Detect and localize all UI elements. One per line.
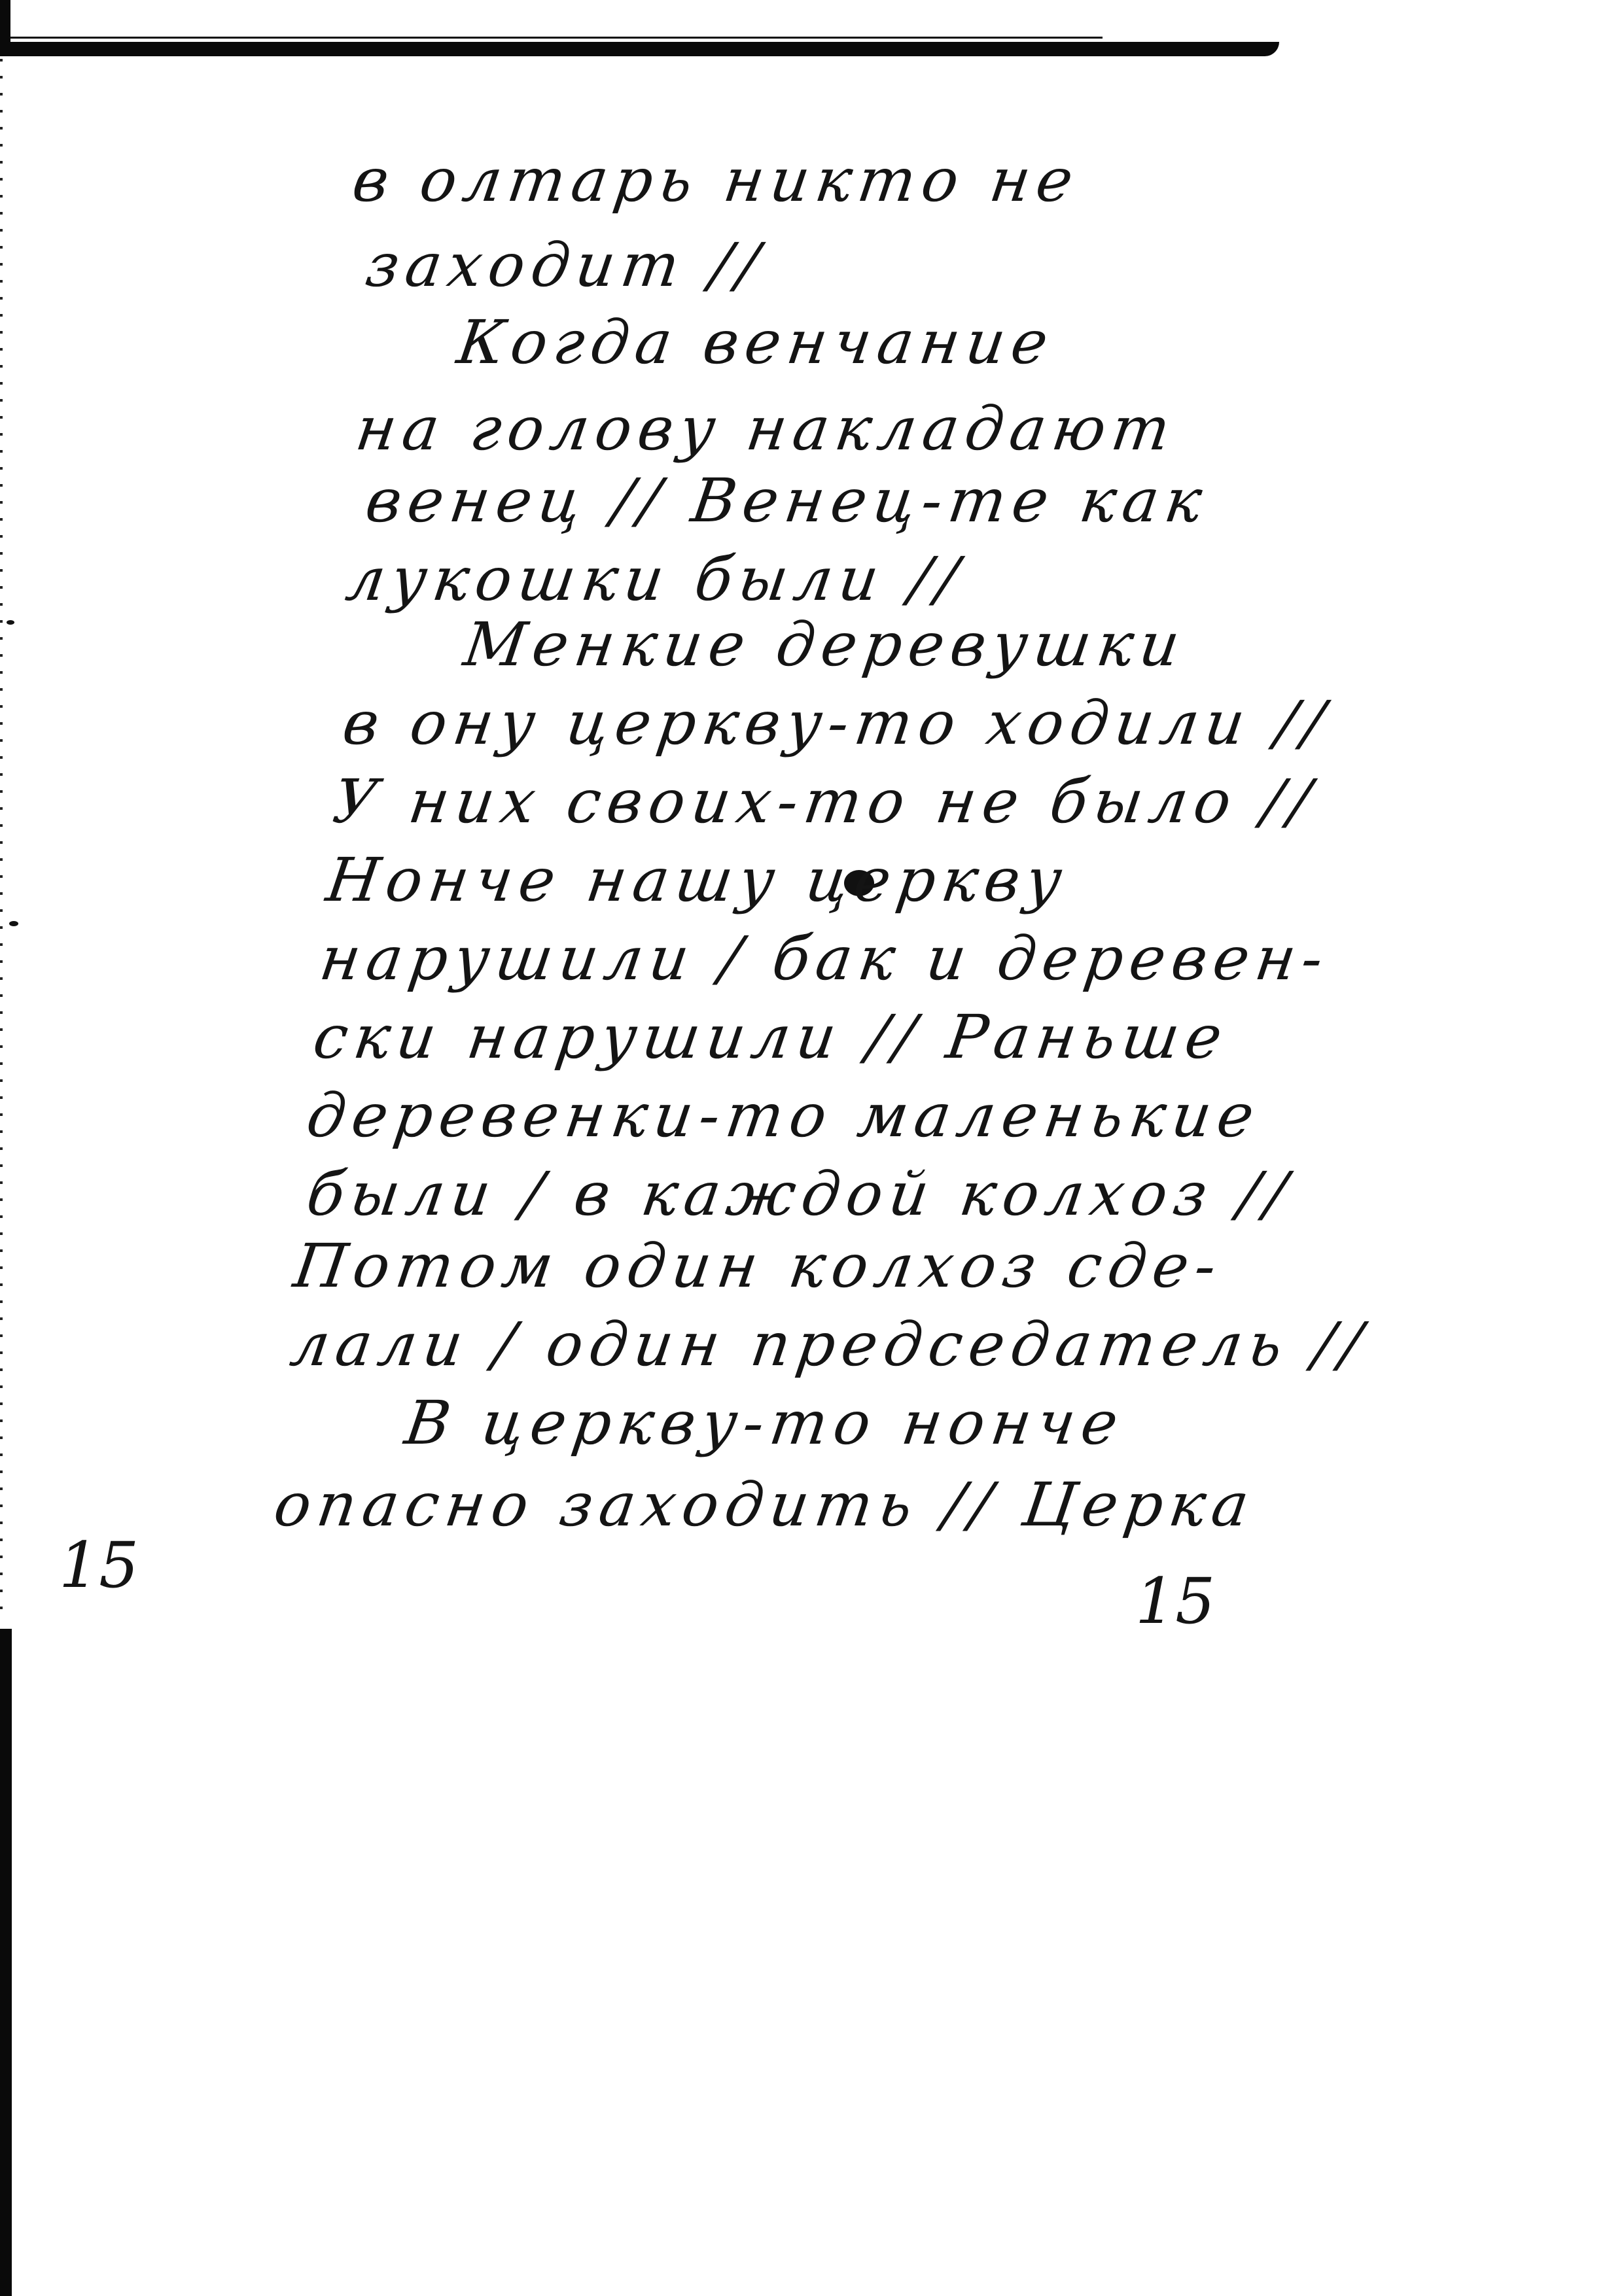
scan-edge-left-bar xyxy=(0,1629,12,2296)
manuscript-line-11: нарушили / бак и деревен- xyxy=(317,929,1333,989)
manuscript-line-15: Потом один колхоз сде- xyxy=(291,1236,1226,1296)
manuscript-line-16: лали / один председатель // xyxy=(287,1315,1372,1375)
manuscript-page: в олтарь никто не заходит // Когда венча… xyxy=(0,0,1607,2296)
manuscript-line-18: опасно заходить // Церка xyxy=(271,1475,1259,1535)
scan-edge-top-bar xyxy=(0,42,1279,56)
scan-edge-left xyxy=(0,59,3,1616)
manuscript-line-1: в олтарь никто не xyxy=(349,150,1084,211)
manuscript-line-8: в ону церкву-то ходили // xyxy=(340,693,1335,754)
manuscript-line-5: венец // Венец-те как xyxy=(362,471,1212,531)
manuscript-line-7: Менкие деревушки xyxy=(461,615,1190,675)
manuscript-line-4: на голову накладают xyxy=(353,399,1180,459)
ink-blot xyxy=(9,921,18,926)
manuscript-line-13: деревенки-то маленькие xyxy=(304,1086,1264,1146)
ink-blot xyxy=(7,620,14,625)
page-number-left: 15 xyxy=(59,1534,139,1597)
manuscript-line-2: заходит // xyxy=(362,235,769,296)
manuscript-line-9: У них своих-то не было // xyxy=(330,772,1321,832)
page-number-right: 15 xyxy=(1135,1570,1215,1633)
manuscript-line-14: были / в каждой колхоз // xyxy=(304,1164,1297,1225)
manuscript-line-10: Нонче нашу церкву xyxy=(323,850,1072,911)
manuscript-line-6: лукошки были // xyxy=(343,549,968,610)
manuscript-line-17: В церкву-то нонче xyxy=(402,1393,1128,1453)
manuscript-line-12: ски нарушили // Раньше xyxy=(310,1007,1232,1068)
manuscript-line-3: Когда венчание xyxy=(454,313,1058,373)
scan-edge-top-thin xyxy=(0,37,1103,39)
